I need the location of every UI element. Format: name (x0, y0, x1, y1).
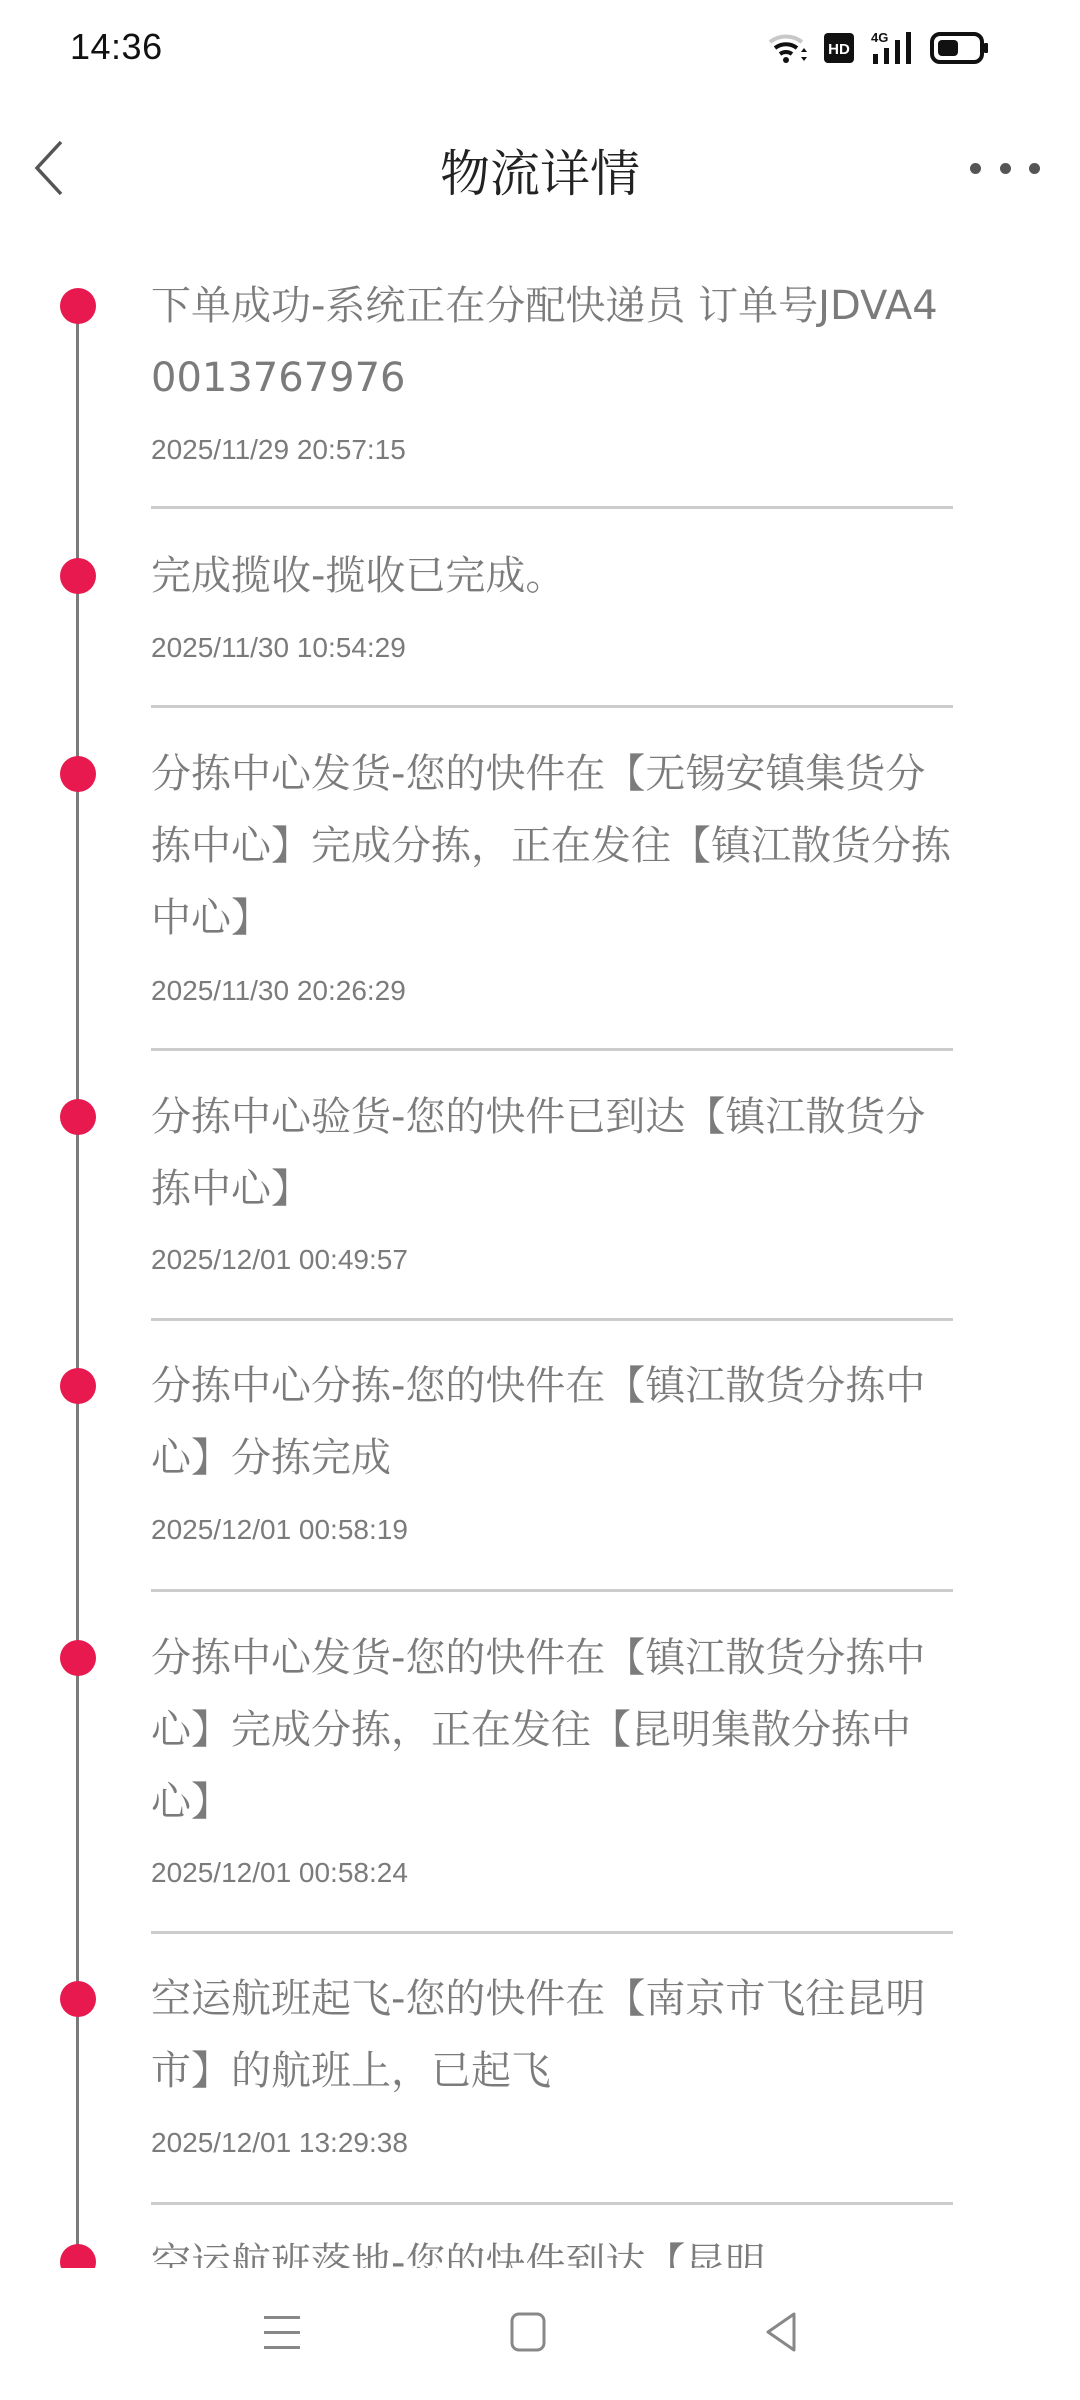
event-description: 分拣中心分拣-您的快件在【镇江散货分拣中心】分拣完成 (151, 1350, 961, 1494)
timeline-dot (60, 1981, 96, 2017)
wifi-icon (768, 32, 808, 64)
timeline-dot (60, 1099, 96, 1135)
more-options-button[interactable] (970, 146, 1040, 190)
4g-signal-icon: 4G (870, 30, 914, 66)
divider (151, 1318, 953, 1321)
event-time: 2025/11/29 20:57:15 (151, 434, 406, 466)
divider (151, 1931, 953, 1934)
event-time: 2025/11/30 20:26:29 (151, 975, 406, 1007)
divider (151, 1589, 953, 1592)
timeline-dot (60, 1640, 96, 1676)
event-description: 空运航班起飞-您的快件在【南京市飞往昆明市】的航班上，已起飞 (151, 1963, 961, 2107)
divider (151, 1048, 953, 1051)
page-title: 物流详情 (0, 134, 1080, 206)
divider (151, 2202, 953, 2205)
event-time: 2025/12/01 00:58:19 (151, 1514, 408, 1546)
home-icon (508, 2310, 548, 2358)
event-time: 2025/12/01 00:58:24 (151, 1857, 408, 1889)
system-back-button[interactable] (742, 2294, 822, 2374)
tracking-timeline[interactable]: 下单成功-系统正在分配快递员 订单号JDVA40013767976 2025/1… (0, 230, 1080, 2268)
recent-apps-button[interactable] (242, 2294, 322, 2374)
event-description: 下单成功-系统正在分配快递员 订单号JDVA40013767976 (151, 270, 961, 414)
svg-text:HD: HD (828, 41, 850, 58)
more-dot (1000, 163, 1011, 174)
divider (151, 705, 953, 708)
status-time: 14:36 (70, 26, 163, 68)
event-time: 2025/12/01 00:49:57 (151, 1244, 408, 1276)
status-icons: HD 4G (768, 30, 990, 66)
battery-icon (930, 32, 990, 64)
event-description: 分拣中心发货-您的快件在【无锡安镇集货分拣中心】完成分拣，正在发往【镇江散货分拣… (151, 738, 961, 954)
menu-icon (262, 2312, 302, 2356)
timeline-dot (60, 558, 96, 594)
home-button[interactable] (488, 2294, 568, 2374)
hd-icon: HD (824, 33, 854, 63)
event-time: 2025/11/30 10:54:29 (151, 632, 406, 664)
back-triangle-icon (762, 2310, 802, 2358)
timeline-dot (60, 756, 96, 792)
timeline-dot (60, 288, 96, 324)
status-bar: 14:36 HD 4G (0, 0, 1080, 100)
more-dot (1029, 163, 1040, 174)
timeline-dot (60, 2244, 96, 2268)
svg-text:4G: 4G (871, 30, 888, 45)
header: 物流详情 (0, 110, 1080, 230)
event-description: 分拣中心验货-您的快件已到达【镇江散货分拣中心】 (151, 1081, 961, 1225)
more-horizontal-icon (970, 163, 981, 174)
event-time: 2025/12/01 13:29:38 (151, 2127, 408, 2159)
event-description: 分拣中心发货-您的快件在【镇江散货分拣中心】完成分拣，正在发往【昆明集散分拣中心… (151, 1622, 961, 1838)
timeline-line (76, 306, 79, 2268)
system-nav-bar (0, 2268, 1080, 2400)
divider (151, 506, 953, 509)
event-description: 空运航班落地-您的快件到达【昆明 (151, 2227, 961, 2268)
event-description: 完成揽收-揽收已完成。 (151, 540, 961, 612)
timeline-dot (60, 1368, 96, 1404)
